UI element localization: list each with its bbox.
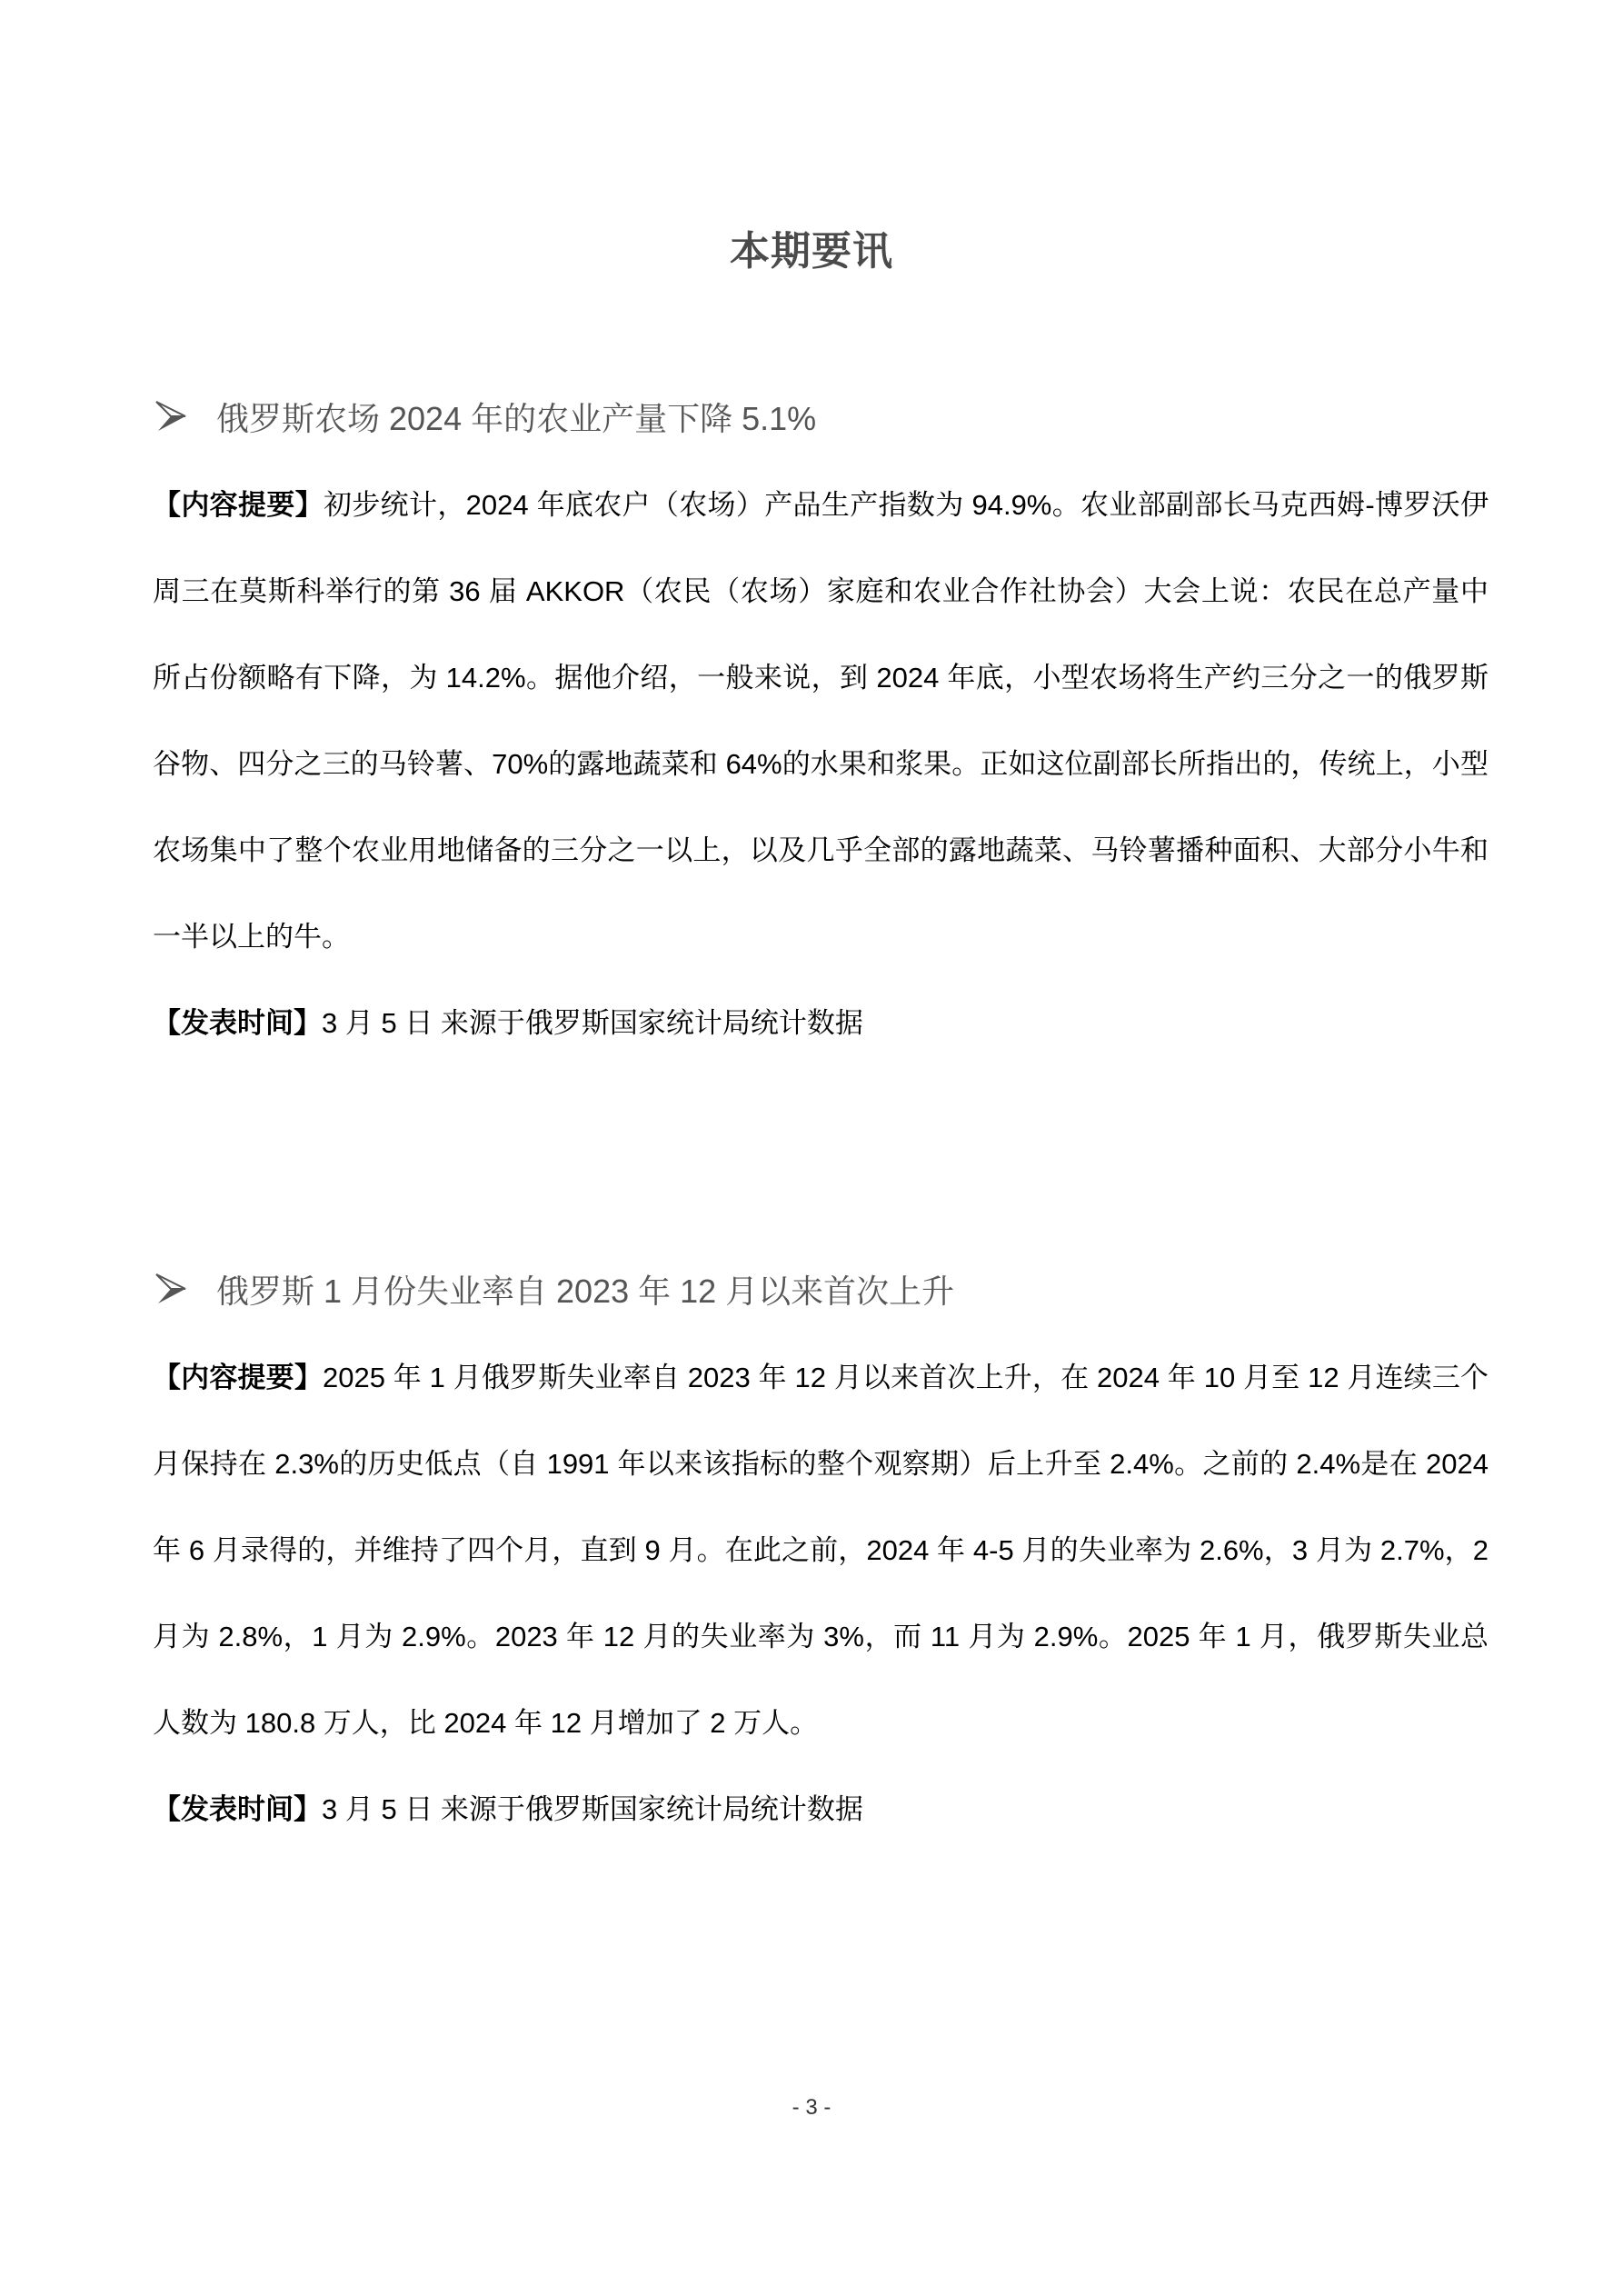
- arrow-bullet-icon: [153, 1271, 189, 1307]
- date-text: 3 月 5 日 来源于俄罗斯国家统计局统计数据: [322, 1007, 863, 1039]
- date-label: 【发表时间】: [153, 1007, 322, 1039]
- summary-text: 2025 年 1 月俄罗斯失业率自 2023 年 12 月以来首次上升，在 20…: [153, 1362, 1489, 1739]
- article-summary: 【内容提要】初步统计，2024 年底农户（农场）产品生产指数为 94.9%。农业…: [153, 462, 1489, 980]
- summary-text: 初步统计，2024 年底农户（农场）产品生产指数为 94.9%。农业部副部长马克…: [153, 489, 1489, 953]
- article-1: 俄罗斯农场 2024 年的农业产量下降 5.1% 【内容提要】初步统计，2024…: [153, 389, 1489, 1066]
- date-label: 【发表时间】: [153, 1793, 322, 1825]
- article-heading-text: 俄罗斯农场 2024 年的农业产量下降 5.1%: [216, 394, 816, 440]
- summary-label: 【内容提要】: [153, 1362, 323, 1393]
- date-text: 3 月 5 日 来源于俄罗斯国家统计局统计数据: [322, 1793, 863, 1825]
- article-heading-text: 俄罗斯 1 月份失业率自 2023 年 12 月以来首次上升: [216, 1266, 954, 1313]
- summary-label: 【内容提要】: [153, 489, 324, 521]
- page-title: 本期要讯: [0, 218, 1623, 276]
- article-publish-info: 【发表时间】3 月 5 日 来源于俄罗斯国家统计局统计数据: [153, 1766, 1489, 1852]
- page-number: - 3 -: [0, 2095, 1623, 2121]
- article-heading: 俄罗斯 1 月份失业率自 2023 年 12 月以来首次上升: [153, 1262, 1489, 1316]
- arrow-bullet-icon: [153, 398, 189, 434]
- article-summary: 【内容提要】2025 年 1 月俄罗斯失业率自 2023 年 12 月以来首次上…: [153, 1334, 1489, 1766]
- article-heading: 俄罗斯农场 2024 年的农业产量下降 5.1%: [153, 389, 1489, 444]
- article-2: 俄罗斯 1 月份失业率自 2023 年 12 月以来首次上升 【内容提要】202…: [153, 1262, 1489, 1852]
- article-publish-info: 【发表时间】3 月 5 日 来源于俄罗斯国家统计局统计数据: [153, 980, 1489, 1066]
